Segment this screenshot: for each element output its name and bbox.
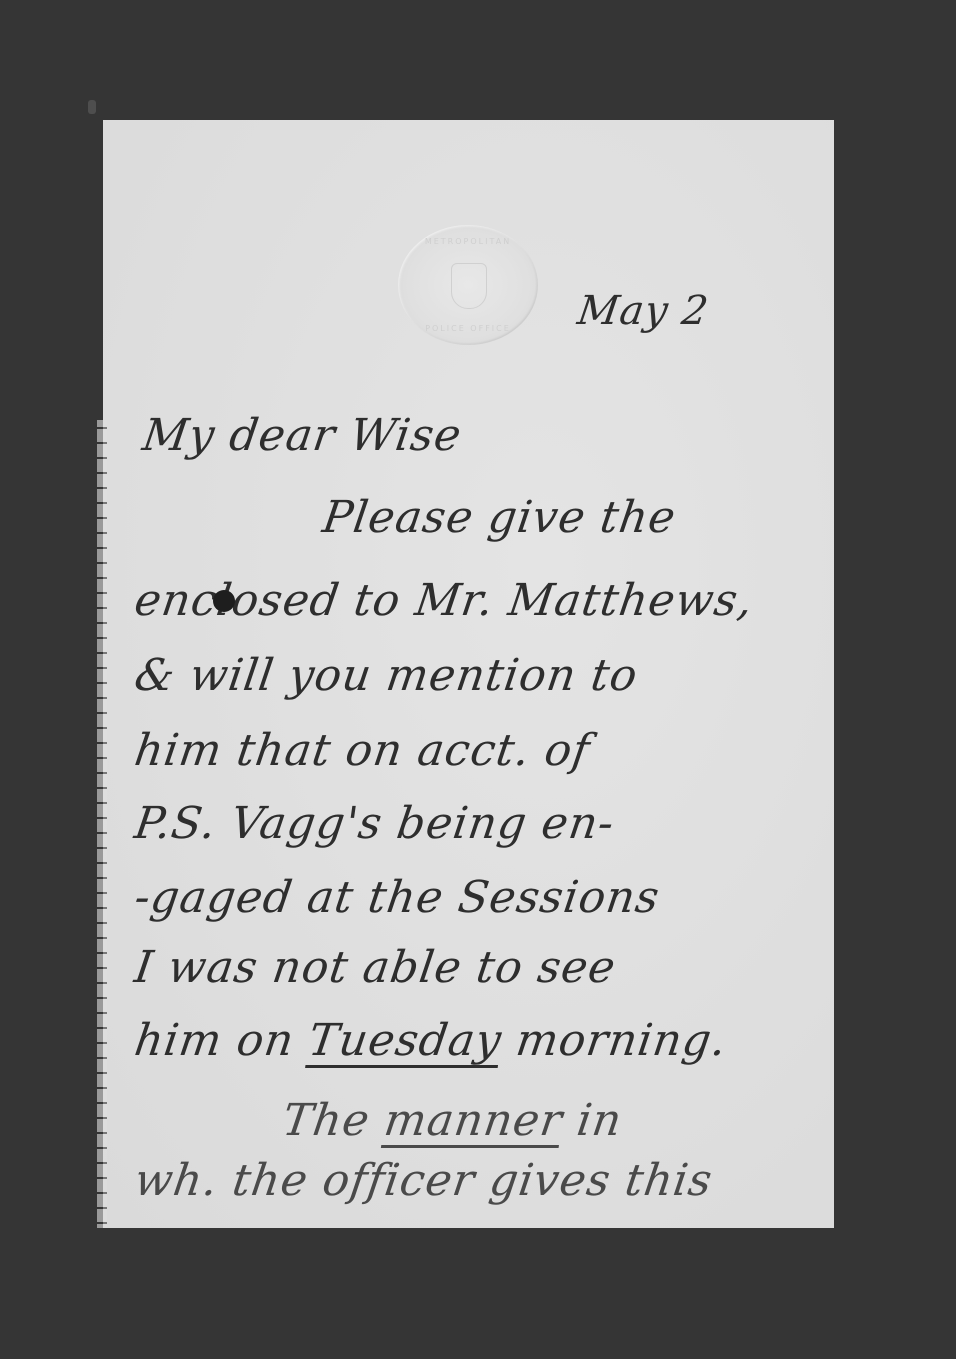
letter-page: METROPOLITAN POLICE OFFICE May 2 My dear… [103, 120, 834, 1228]
body-line: wh. the officer gives this [131, 1155, 715, 1206]
torn-edge [97, 420, 107, 1228]
embossed-seal-icon: METROPOLITAN POLICE OFFICE [398, 225, 538, 345]
body-line: -gaged at the Sessions [131, 872, 663, 923]
body-line: Please give the [319, 492, 679, 543]
coat-of-arms-icon [451, 263, 487, 309]
salutation: My dear Wise [139, 410, 465, 461]
seal-top-text: METROPOLITAN [398, 237, 538, 246]
body-line: I was not able to see [131, 942, 619, 993]
body-line: him on Tuesday morning. [131, 1015, 730, 1066]
body-line: & will you mention to [131, 650, 641, 701]
body-line: The manner in [279, 1095, 625, 1146]
underlined-word: Tuesday [305, 1015, 505, 1066]
seal-bottom-text: POLICE OFFICE [398, 324, 538, 333]
body-line: P.S. Vagg's being en- [131, 798, 617, 849]
scan-mark [88, 100, 96, 114]
body-line: him that on acct. of [131, 725, 593, 776]
letter-date: May 2 [575, 288, 712, 334]
punch-hole [213, 590, 235, 612]
underlined-word: manner [381, 1095, 566, 1146]
